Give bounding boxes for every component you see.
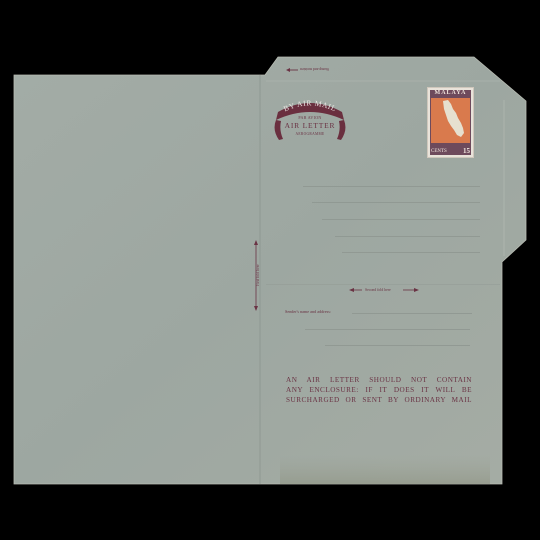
stamp-country: MALAYA bbox=[428, 90, 473, 96]
svg-text:BY AIR MAIL: BY AIR MAIL bbox=[282, 98, 338, 113]
address-line-3[interactable] bbox=[322, 219, 480, 220]
par-avion-text: PAR AVION bbox=[276, 115, 344, 120]
aerogramme-text: AEROGRAMME bbox=[276, 132, 344, 136]
postage-stamp: MALAYA CENTS 15 bbox=[428, 88, 473, 157]
air-mail-logo: BY AIR MAIL PAR AVION AIR LETTER AEROGRA… bbox=[276, 96, 344, 140]
sender-line-3[interactable] bbox=[325, 345, 470, 346]
top-tab-instruction: Stamp and moisten bbox=[300, 67, 329, 71]
address-line-4[interactable] bbox=[335, 236, 480, 237]
enclosure-notice: AN AIR LETTER SHOULD NOT CONTAIN ANY ENC… bbox=[286, 375, 472, 405]
right-panel-divider bbox=[266, 284, 500, 285]
address-line-1[interactable] bbox=[303, 186, 480, 187]
notice-line-2: ANY ENCLOSURE: IF IT DOES IT WILL BE bbox=[286, 385, 472, 395]
sender-line-1[interactable] bbox=[352, 313, 472, 314]
paper-shape bbox=[0, 0, 540, 540]
first-fold-label: First fold here bbox=[256, 255, 260, 295]
stamp-value: 15 bbox=[463, 147, 470, 155]
address-line-2[interactable] bbox=[312, 202, 480, 203]
second-fold-label: Second fold here bbox=[365, 288, 391, 292]
malaya-map-icon bbox=[431, 98, 470, 141]
stamp-map-field bbox=[431, 98, 470, 143]
air-letter-sheet: Stamp and moisten First fold here Second… bbox=[0, 0, 540, 540]
air-letter-title: AIR LETTER bbox=[276, 121, 344, 130]
notice-line-3: SURCHARGED OR SENT BY ORDINARY MAIL bbox=[286, 395, 472, 405]
address-line-5[interactable] bbox=[342, 252, 480, 253]
sender-address-label: Sender's name and address: bbox=[285, 309, 331, 314]
notice-line-1: AN AIR LETTER SHOULD NOT CONTAIN bbox=[286, 375, 472, 385]
sender-line-2[interactable] bbox=[305, 329, 470, 330]
stamp-denomination-text: CENTS bbox=[431, 149, 447, 154]
